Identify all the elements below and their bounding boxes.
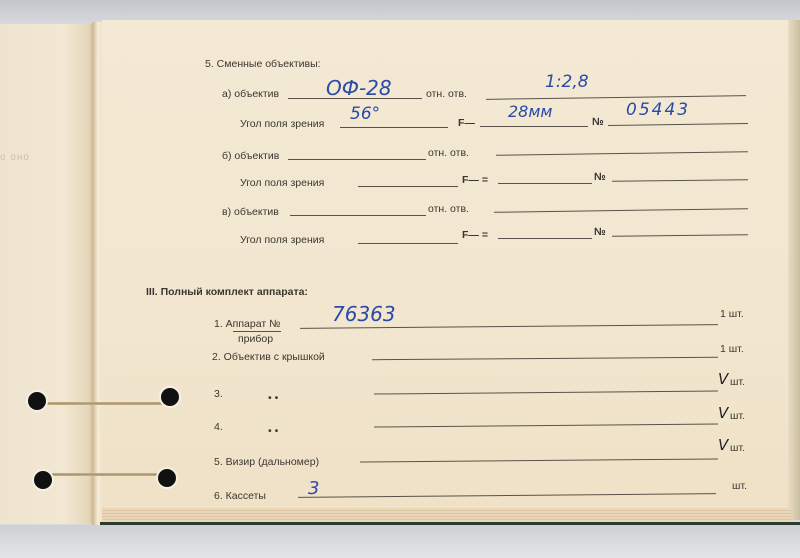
- lens-a-focal-value: 28мм: [508, 102, 553, 121]
- lens-b-field-line: [288, 159, 426, 160]
- lens-b-angle-label: Угол поля зрения: [240, 177, 324, 189]
- lens-c-focal-label: F— =: [462, 229, 488, 241]
- item4-check-mark: V: [718, 404, 728, 422]
- lens-b-focal-label: F— =: [462, 174, 488, 186]
- lens-c-number-label: №: [594, 226, 606, 238]
- item4-ditto-marks: • •: [268, 425, 278, 437]
- item1-label: 1. Аппарат №: [214, 318, 280, 330]
- item6-value: 3: [308, 478, 319, 499]
- lens-a-number-value: 05443: [626, 100, 690, 120]
- item3-ditto-marks: • •: [268, 392, 278, 404]
- lens-b-focal-line: [498, 183, 592, 184]
- binding-thread-bottom: [44, 473, 168, 476]
- section3-title: III. Полный комплект аппарата:: [146, 286, 308, 298]
- item1-fraction-bar: [233, 331, 281, 332]
- item5-qty: шт.: [730, 442, 745, 454]
- lens-a-focal-label: F—: [458, 117, 475, 129]
- section5-title: 5. Сменные объективы:: [205, 58, 321, 70]
- item1-sublabel: прибор: [238, 333, 273, 345]
- item6-label: 6. Кассеты: [214, 490, 266, 502]
- item1-value: 76363: [332, 302, 396, 326]
- item4-qty: шт.: [730, 410, 745, 422]
- lens-a-angle-label: Угол поля зрения: [240, 118, 324, 130]
- binding-hole-left-bottom: [34, 471, 52, 489]
- binding-hole-right-top: [161, 388, 179, 406]
- item3-check-mark: V: [718, 370, 728, 388]
- lens-a-label: а) объектив: [222, 88, 279, 100]
- item2-qty: 1 шт.: [720, 343, 744, 355]
- binding-hole-left-top: [28, 392, 46, 410]
- item4-label: 4.: [214, 421, 223, 433]
- book-gutter: [92, 22, 102, 525]
- item1-qty: 1 шт.: [720, 308, 744, 320]
- left-page-ghost-text: о оно: [0, 152, 30, 163]
- lens-b-number-label: №: [594, 171, 606, 183]
- binding-hole-right-bottom: [158, 469, 176, 487]
- right-page-edge: [788, 20, 800, 520]
- lens-a-number-label: №: [592, 116, 604, 128]
- item3-qty: шт.: [730, 376, 745, 388]
- page-stack-edge: [102, 508, 792, 522]
- lens-a-aperture-value: 1:2,8: [545, 72, 589, 92]
- item6-qty: шт.: [732, 480, 747, 492]
- item3-label: 3.: [214, 388, 223, 400]
- background-bottom: [0, 525, 800, 558]
- lens-a-value: ОФ-28: [326, 76, 392, 100]
- lens-a-focal-line: [480, 126, 588, 127]
- lens-c-label: в) объектив: [222, 206, 279, 218]
- lens-b-angle-line: [358, 186, 458, 187]
- lens-b-aperture-label: отн. отв.: [428, 147, 469, 159]
- lens-b-label: б) объектив: [222, 150, 279, 162]
- item5-label: 5. Визир (дальномер): [214, 456, 319, 468]
- lens-c-field-line: [290, 215, 426, 216]
- lens-a-aperture-label: отн. отв.: [426, 88, 467, 100]
- lens-a-angle-value: 56°: [350, 104, 380, 124]
- lens-a-angle-line: [340, 127, 448, 128]
- lens-c-aperture-label: отн. отв.: [428, 203, 469, 215]
- left-page: о оно: [0, 24, 92, 524]
- binding-thread-top: [40, 402, 170, 405]
- lens-c-focal-line: [498, 238, 592, 239]
- lens-c-angle-line: [358, 243, 458, 244]
- lens-c-angle-label: Угол поля зрения: [240, 234, 324, 246]
- item2-label: 2. Объектив с крышкой: [212, 351, 325, 363]
- item5-check-mark: V: [718, 436, 728, 454]
